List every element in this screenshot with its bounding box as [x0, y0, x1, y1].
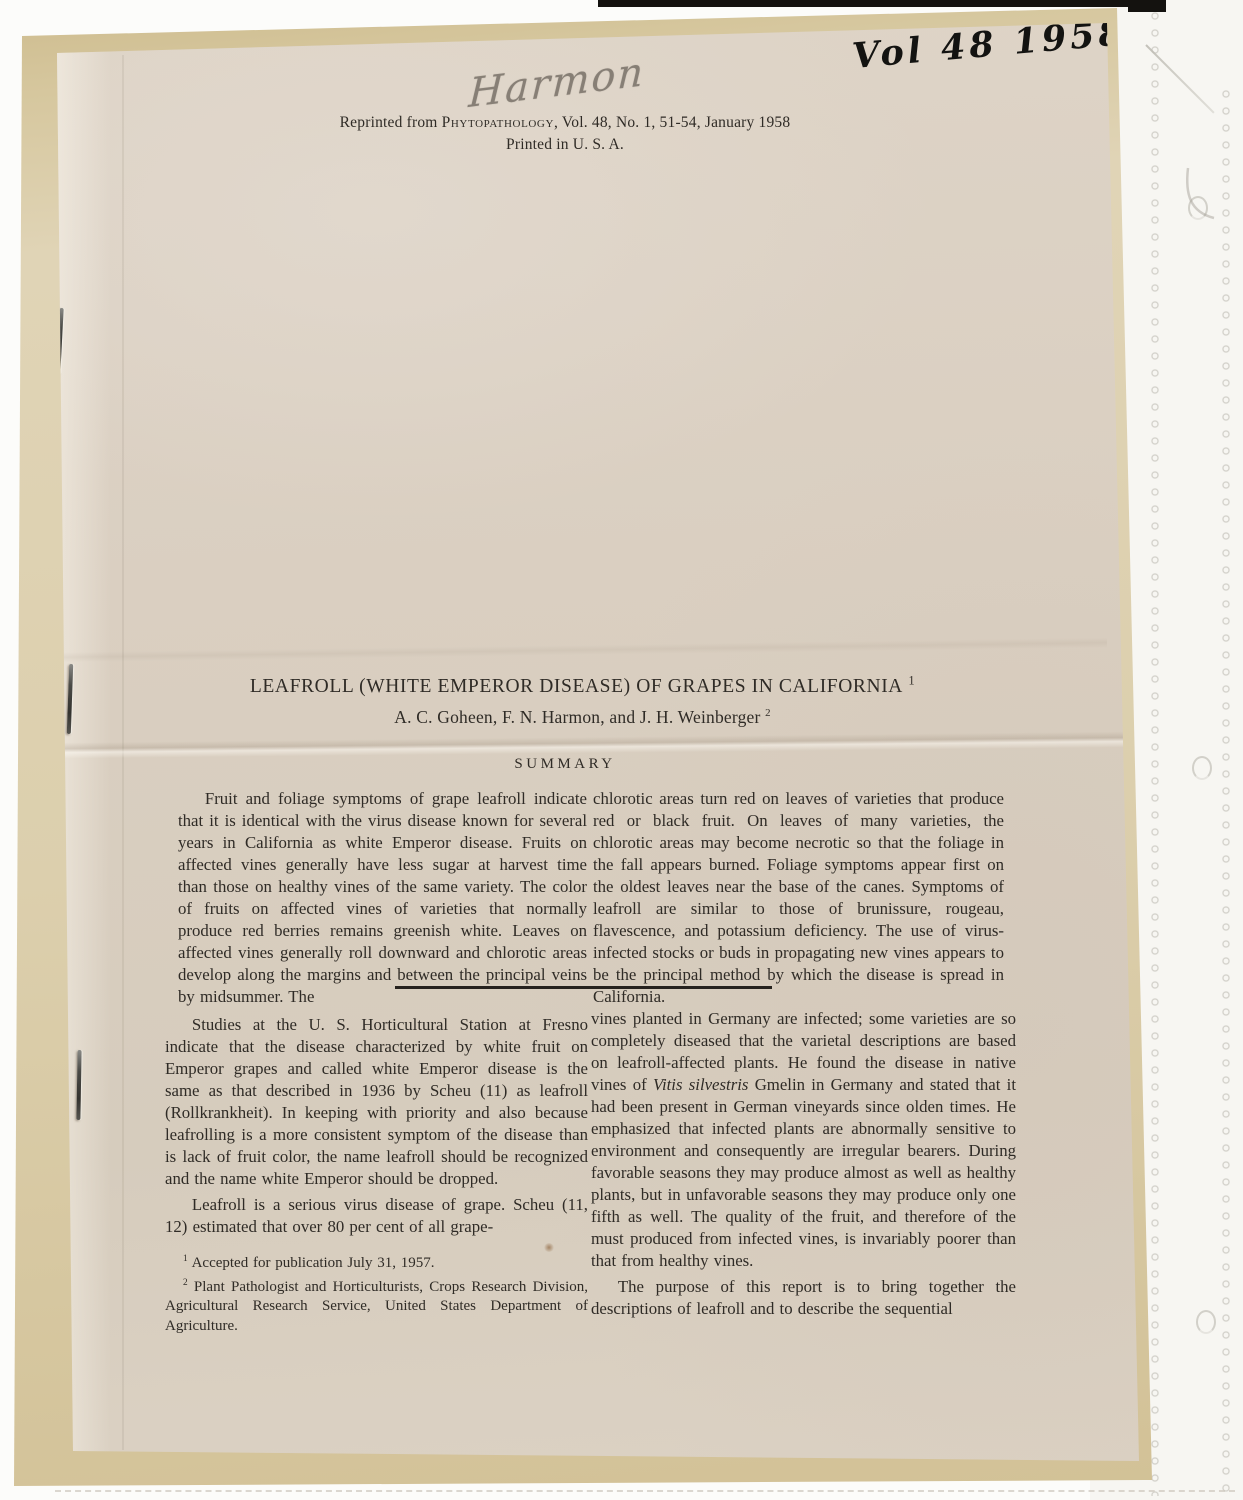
binder-hole — [1196, 1310, 1216, 1334]
title-footnote-marker: 1 — [908, 674, 915, 688]
species-name: Vitis silvestris — [653, 1075, 748, 1094]
summary-left-column: Fruit and foliage symptoms of grape leaf… — [178, 788, 587, 1008]
body-paragraph: vines planted in Germany are infected; s… — [591, 1008, 1016, 1272]
summary-heading: SUMMARY — [170, 756, 960, 773]
summary-text-left: Fruit and foliage symptoms of grape leaf… — [178, 788, 587, 1008]
journal-name: Phytopathology — [442, 114, 554, 131]
paper-middle-crease — [57, 731, 1139, 758]
perforation-column-right — [1219, 86, 1233, 1496]
paper-wrinkle — [57, 638, 1107, 663]
title-block: LEAFROLL (WHITE EMPEROR DISEASE) OF GRAP… — [165, 676, 1000, 728]
perforation-column-left — [1148, 8, 1162, 1496]
sleeve-bottom-edge — [55, 1490, 1235, 1492]
footnotes: 1 Accepted for publication July 31, 1957… — [165, 1254, 588, 1336]
summary-text-right: chlorotic areas turn red on leaves of va… — [593, 788, 1004, 1008]
article-title: LEAFROLL (WHITE EMPEROR DISEASE) OF GRAP… — [165, 676, 1000, 698]
body-paragraph: Leafroll is a serious virus disease of g… — [165, 1194, 588, 1238]
paper-sheet: Harmon Vol 48 1958 Reprinted from Phytop… — [0, 0, 1243, 1500]
body-right-column: vines planted in Germany are infected; s… — [591, 1008, 1016, 1320]
reprint-header: Reprinted from Phytopathology, Vol. 48, … — [170, 112, 960, 156]
summary-divider-rule — [395, 986, 772, 989]
body-paragraph: Studies at the U. S. Horticultural Stati… — [165, 1014, 588, 1190]
body-paragraph: The purpose of this report is to bring t… — [591, 1276, 1016, 1320]
pencil-annotation: Harmon — [467, 49, 646, 117]
footnote: 1 Accepted for publication July 31, 1957… — [165, 1254, 588, 1274]
printed-line: Printed in U. S. A. — [170, 134, 960, 156]
scanned-page: Harmon Vol 48 1958 Reprinted from Phytop… — [0, 0, 1243, 1500]
summary-right-column: chlorotic areas turn red on leaves of va… — [593, 788, 1004, 1008]
body-left-column: Studies at the U. S. Horticultural Stati… — [165, 1014, 588, 1336]
binder-hole — [1188, 196, 1208, 220]
authors-footnote-marker: 2 — [765, 707, 771, 719]
binder-hole — [1192, 756, 1212, 780]
authors-line: A. C. Goheen, F. N. Harmon, and J. H. We… — [165, 707, 1000, 728]
reprint-line: Reprinted from Phytopathology, Vol. 48, … — [170, 112, 960, 134]
scan-edge-strip-tail — [1128, 0, 1166, 12]
scan-edge-strip — [598, 0, 1164, 7]
footnote: 2 Plant Pathologist and Horticulturists,… — [165, 1278, 588, 1337]
